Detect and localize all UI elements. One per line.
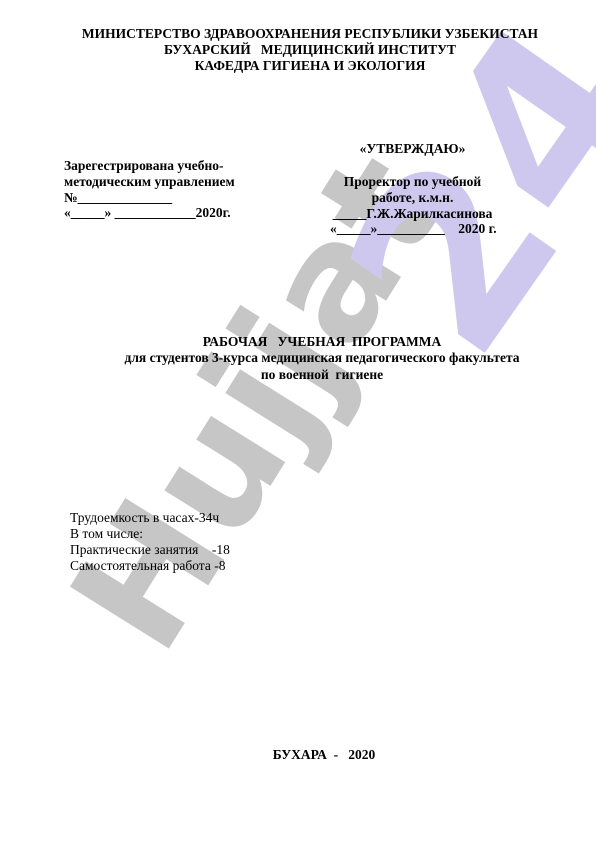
- registration-block: Зарегестрирована учебно- методическим уп…: [64, 158, 235, 221]
- document-page: Hujjat 24 МИНИСТЕРСТВО ЗДРАВООХРАНЕНИЯ Р…: [0, 0, 596, 842]
- program-title: РАБОЧАЯ УЧЕБНАЯ ПРОГРАММА: [48, 334, 596, 350]
- registration-date-line: «_____» ____________2020г.: [64, 205, 235, 221]
- department-line: КАФЕДРА ГИГИЕНА И ЭКОЛОГИЯ: [24, 58, 596, 74]
- ministry-header: МИНИСТЕРСТВО ЗДРАВООХРАНЕНИЯ РЕСПУБЛИКИ …: [24, 26, 596, 74]
- approver-block: Проректор по учебной работе, к.м.н. ____…: [330, 174, 495, 237]
- registration-number-line: №______________: [64, 190, 235, 206]
- registration-line: методическим управлением: [64, 174, 235, 190]
- workload-selfstudy-line: Самостоятельная работа -8: [70, 558, 230, 574]
- institute-line: БУХАРСКИЙ МЕДИЦИНСКИЙ ИНСТИТУТ: [24, 42, 596, 58]
- workload-practical-line: Практические занятия -18: [70, 542, 230, 558]
- workload-total-line: Трудоемкость в часах-34ч: [70, 510, 230, 526]
- approver-degree-line: работе, к.м.н.: [330, 190, 495, 206]
- workload-block: Трудоемкость в часах-34ч В том числе: Пр…: [70, 510, 230, 574]
- document-content: МИНИСТЕРСТВО ЗДРАВООХРАНЕНИЯ РЕСПУБЛИКИ …: [0, 0, 596, 842]
- city-year-footer: БУХАРА - 2020: [52, 747, 596, 763]
- program-subtitle: для студентов 3-курса медицинская педаго…: [48, 350, 596, 366]
- approver-title-line: Проректор по учебной: [330, 174, 495, 190]
- program-title-block: РАБОЧАЯ УЧЕБНАЯ ПРОГРАММА для студентов …: [48, 334, 596, 383]
- workload-including-line: В том числе:: [70, 526, 230, 542]
- registration-line: Зарегестрирована учебно-: [64, 158, 235, 174]
- program-subject: по военной гигиене: [48, 367, 596, 383]
- approver-date-line: «_____»__________ 2020 г.: [330, 221, 495, 237]
- approve-label: «УТВЕРЖДАЮ»: [335, 141, 490, 157]
- ministry-line: МИНИСТЕРСТВО ЗДРАВООХРАНЕНИЯ РЕСПУБЛИКИ …: [24, 26, 596, 42]
- approver-name-line: _____Г.Ж.Жарилкасинова: [330, 206, 495, 222]
